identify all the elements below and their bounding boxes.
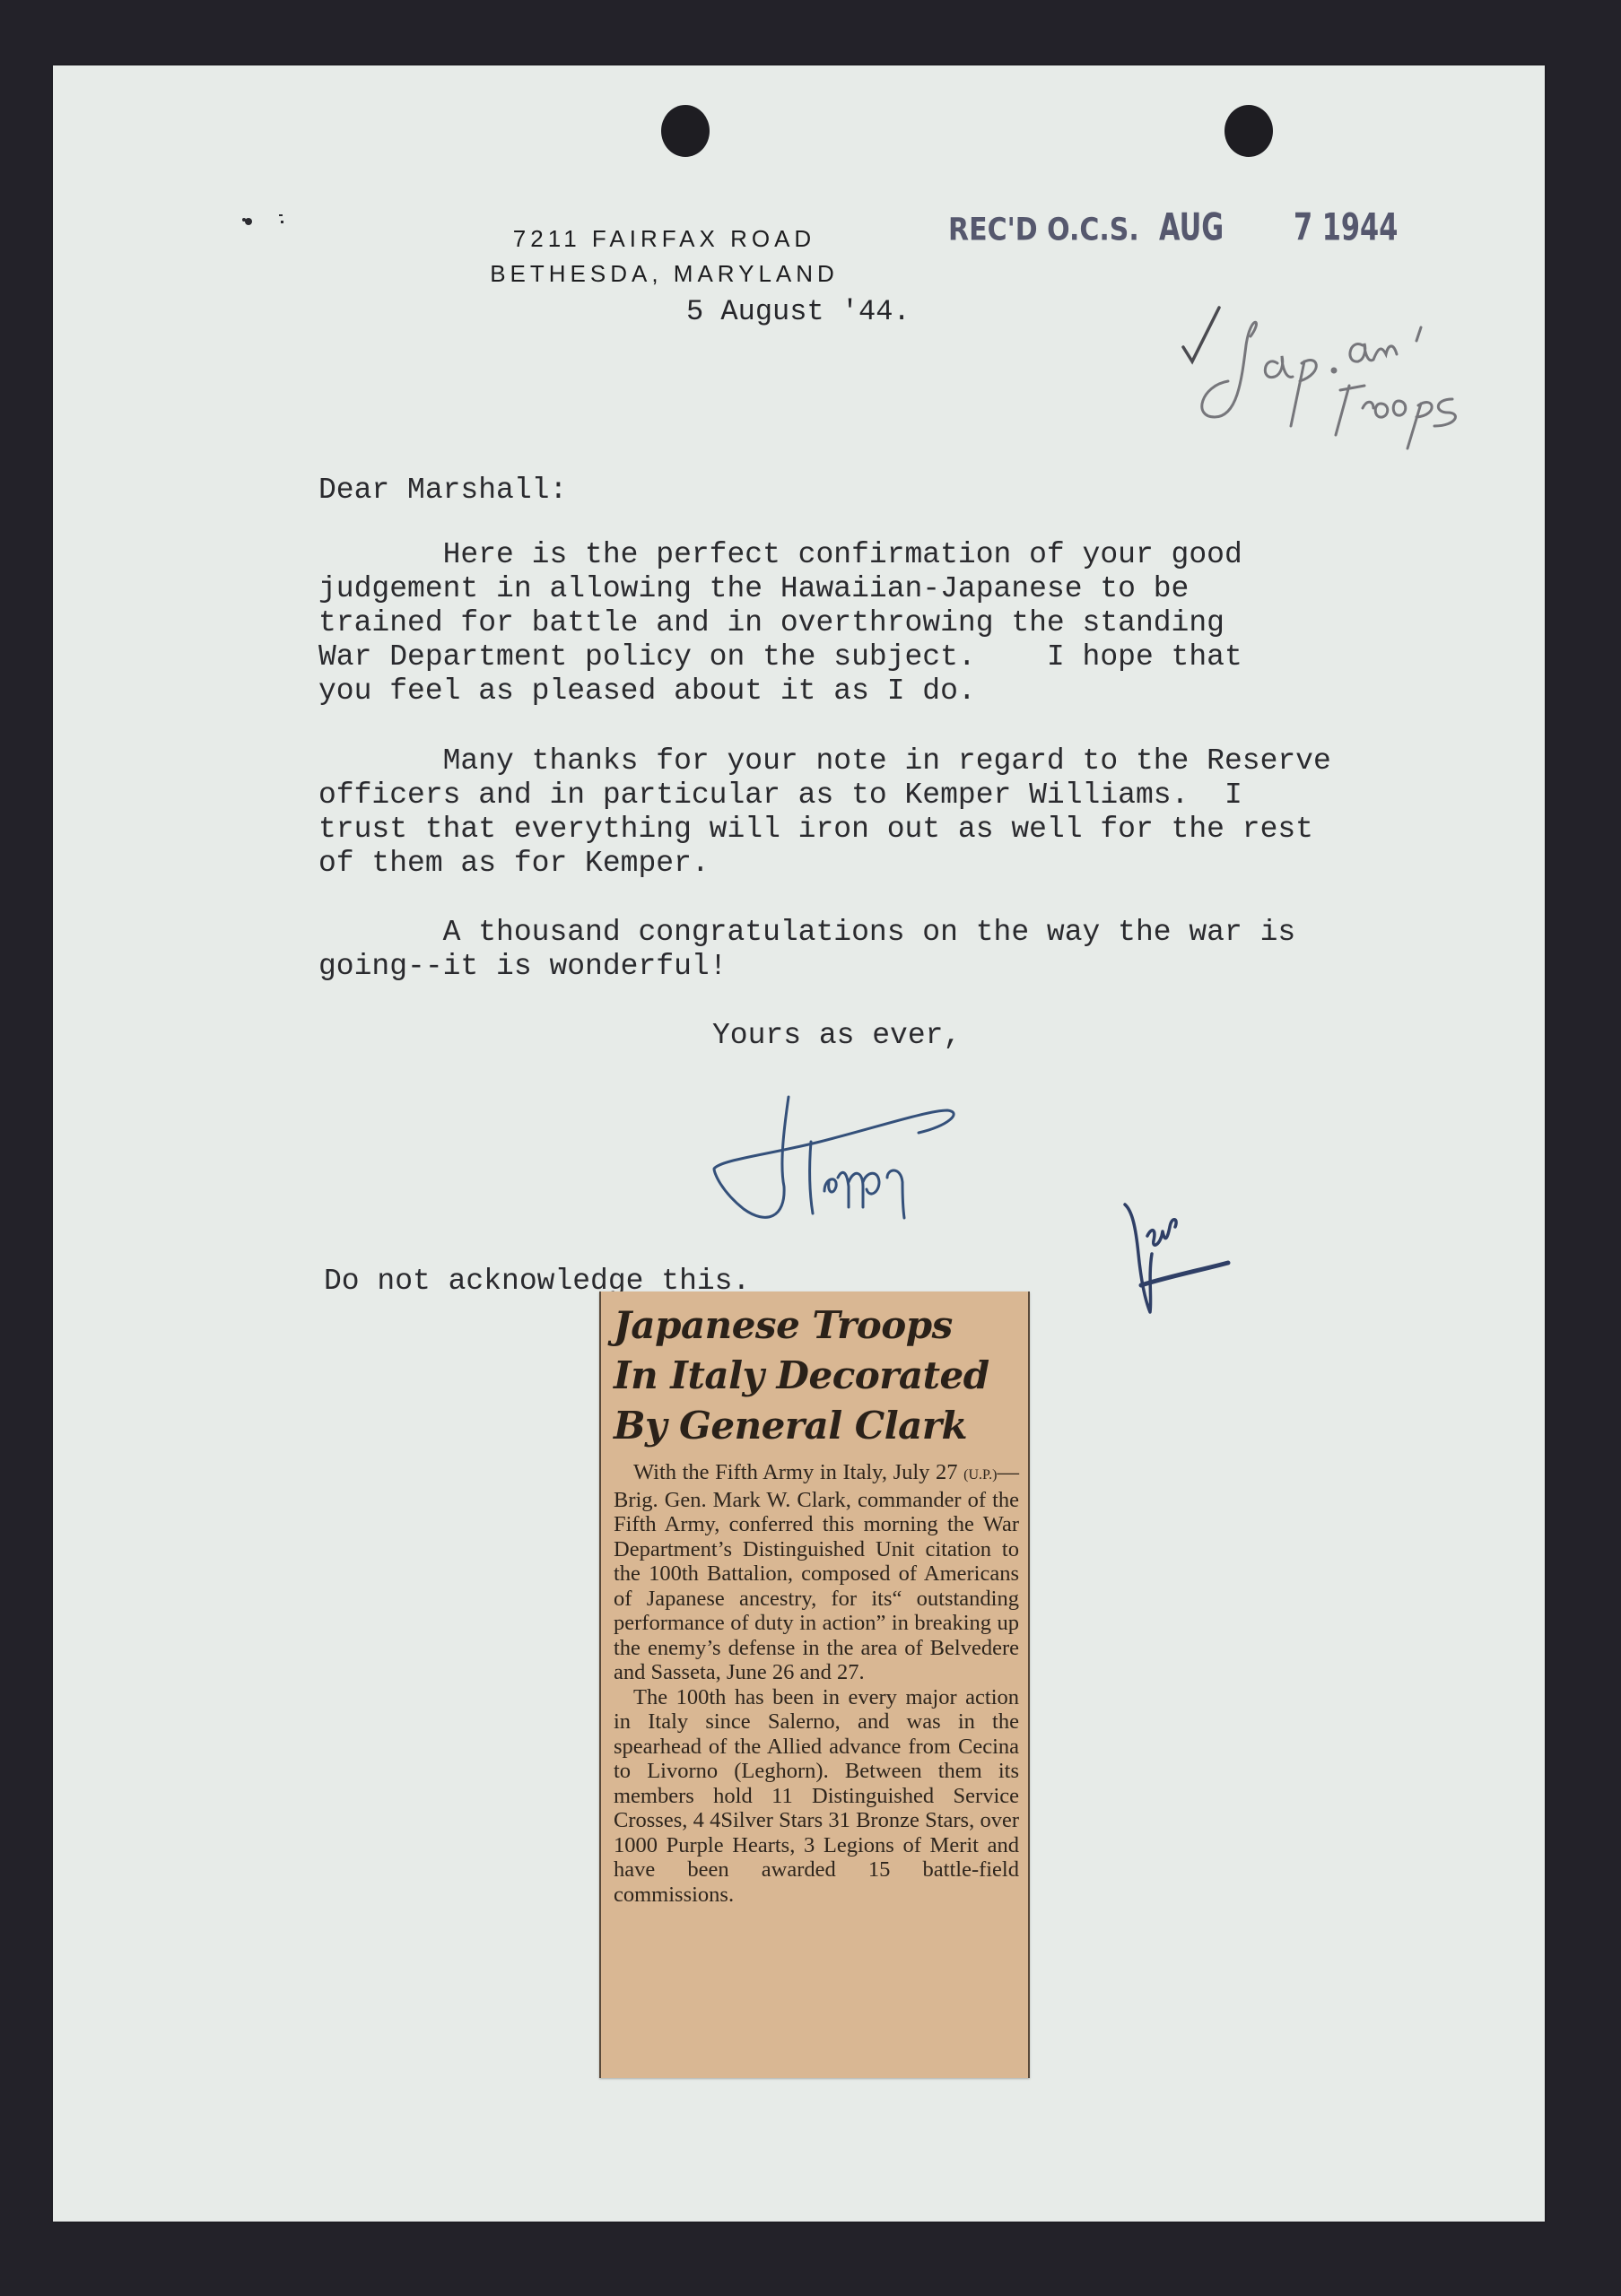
- handwritten-initials-mark: [1116, 1200, 1251, 1317]
- clipping-article: With the Fifth Army in Italy, July 27 (U…: [614, 1460, 1019, 1907]
- headline-line-3: By General Clark: [614, 1401, 1019, 1451]
- article-paragraph-1: With the Fifth Army in Italy, July 27 (U…: [614, 1460, 1019, 1685]
- clipping-headline: Japanese Troops In Italy Decorated By Ge…: [614, 1300, 1019, 1451]
- punch-hole-right: [1224, 105, 1273, 157]
- salutation: Dear Marshall:: [318, 474, 567, 508]
- dateline-agency: (U.P.): [963, 1467, 997, 1483]
- punch-hole-left: [661, 105, 710, 157]
- letterhead-city: BETHESDA, MARYLAND: [0, 260, 1410, 288]
- closing: Yours as ever,: [712, 1019, 961, 1053]
- letter-paragraph-1: Here is the perfect confirmation of your…: [318, 538, 1242, 709]
- article-paragraph-2: The 100th has been in every major action…: [614, 1685, 1019, 1908]
- pencil-annotation-jap-am-troops: [1165, 300, 1542, 453]
- article-paragraph-1-body: —Brig. Gen. Mark W. Clark, commander of …: [614, 1460, 1019, 1684]
- letter-date: 5 August '44.: [686, 295, 911, 328]
- headline-line-2: In Italy Decorated: [614, 1351, 1019, 1401]
- headline-line-1: Japanese Troops: [614, 1300, 1019, 1351]
- dateline-place: With the Fifth Army in Italy, July 27: [633, 1460, 958, 1484]
- newspaper-clipping: Japanese Troops In Italy Decorated By Ge…: [599, 1291, 1030, 2078]
- signature: [712, 1092, 1017, 1227]
- letter-page: REC'D O.C.S.AUG7 1944 7211 FAIRFAX ROAD …: [53, 65, 1545, 2222]
- letter-paragraph-3: A thousand congratulations on the way th…: [318, 916, 1295, 984]
- letter-paragraph-2: Many thanks for your note in regard to t…: [318, 744, 1331, 881]
- letterhead-street: 7211 FAIRFAX ROAD: [0, 225, 1410, 253]
